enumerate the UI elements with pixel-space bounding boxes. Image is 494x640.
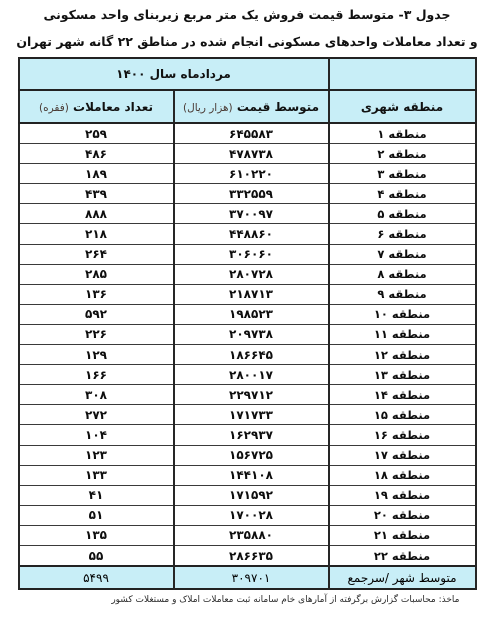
count-cell: ۲۸۵ bbox=[19, 264, 174, 284]
region-cell: منطقه ۲۲ bbox=[329, 545, 476, 566]
region-cell: منطقه ۲۰ bbox=[329, 505, 476, 525]
region-cell: منطقه ۱۸ bbox=[329, 465, 476, 485]
price-cell: ۱۴۴۱۰۸ bbox=[174, 465, 329, 485]
table-row: منطقه ۱۰ ۱۹۸۵۲۳ ۵۹۲ bbox=[19, 304, 476, 324]
price-cell: ۲۸۰۷۲۸ bbox=[174, 264, 329, 284]
count-cell: ۱۸۹ bbox=[19, 164, 174, 184]
summary-price-cell: ۳۰۹۷۰۱ bbox=[174, 566, 329, 589]
price-cell: ۱۷۱۵۹۲ bbox=[174, 485, 329, 505]
table-row: منطقه ۱۸ ۱۴۴۱۰۸ ۱۳۳ bbox=[19, 465, 476, 485]
region-cell: منطقه ۴ bbox=[329, 184, 476, 204]
price-column-unit: (هزار ریال) bbox=[183, 102, 233, 114]
price-column-label: متوسط قیمت bbox=[237, 100, 319, 114]
region-cell: منطقه ۵ bbox=[329, 204, 476, 224]
count-cell: ۴۱ bbox=[19, 485, 174, 505]
table-row: منطقه ۲۰ ۱۷۰۰۲۸ ۵۱ bbox=[19, 505, 476, 525]
region-cell: منطقه ۱۹ bbox=[329, 485, 476, 505]
price-cell: ۱۷۱۷۳۳ bbox=[174, 405, 329, 425]
table-title-line1: جدول ۳- متوسط قیمت فروش یک متر مربع زیرب… bbox=[0, 7, 494, 23]
count-cell: ۵۱ bbox=[19, 505, 174, 525]
source-footnote: ماخذ: محاسبات گزارش برگرفته از آمارهای خ… bbox=[19, 595, 476, 605]
count-cell: ۲۷۲ bbox=[19, 405, 174, 425]
table-row: منطقه ۵ ۳۷۰۰۹۷ ۸۸۸ bbox=[19, 204, 476, 224]
table-row: منطقه ۹ ۲۱۸۷۱۳ ۱۳۶ bbox=[19, 284, 476, 304]
price-cell: ۶۴۵۵۸۳ bbox=[174, 123, 329, 144]
table-row: منطقه ۳ ۶۱۰۲۲۰ ۱۸۹ bbox=[19, 164, 476, 184]
region-cell: منطقه ۱۳ bbox=[329, 365, 476, 385]
period-header-row: مردادماه سال ۱۴۰۰ bbox=[19, 58, 476, 90]
region-cell: منطقه ۱۶ bbox=[329, 425, 476, 445]
price-column-header: متوسط قیمت​ (هزار ریال) bbox=[174, 90, 329, 123]
table-row: منطقه ۶ ۴۴۸۸۶۰ ۲۱۸ bbox=[19, 224, 476, 244]
table-row: منطقه ۱۹ ۱۷۱۵۹۲ ۴۱ bbox=[19, 485, 476, 505]
report-page: جدول ۳- متوسط قیمت فروش یک متر مربع زیرب… bbox=[0, 0, 494, 640]
count-cell: ۱۲۳ bbox=[19, 445, 174, 465]
table-row: منطقه ۲ ۴۷۸۷۳۸ ۴۸۶ bbox=[19, 144, 476, 164]
table-header: مردادماه سال ۱۴۰۰ منطقه شهری متوسط قیمت​… bbox=[19, 58, 476, 123]
count-cell: ۲۱۸ bbox=[19, 224, 174, 244]
price-cell: ۲۸۰۰۱۷ bbox=[174, 365, 329, 385]
price-cell: ۲۳۵۸۸۰ bbox=[174, 525, 329, 545]
price-cell: ۱۶۲۹۳۷ bbox=[174, 425, 329, 445]
table-row: منطقه ۱۶ ۱۶۲۹۳۷ ۱۰۴ bbox=[19, 425, 476, 445]
price-cell: ۱۷۰۰۲۸ bbox=[174, 505, 329, 525]
price-cell: ۲۱۸۷۱۳ bbox=[174, 284, 329, 304]
table-row: منطقه ۱۱ ۲۰۹۷۳۸ ۲۲۶ bbox=[19, 324, 476, 344]
count-cell: ۱۲۹ bbox=[19, 345, 174, 365]
summary-region-cell: متوسط شهر /سرجمع bbox=[329, 566, 476, 589]
summary-row: متوسط شهر /سرجمع ۳۰۹۷۰۱ ۵۴۹۹ bbox=[19, 566, 476, 589]
count-cell: ۱۳۶ bbox=[19, 284, 174, 304]
region-cell: منطقه ۳ bbox=[329, 164, 476, 184]
price-cell: ۳۰۶۰۶۰ bbox=[174, 244, 329, 264]
price-cell: ۲۲۹۷۱۲ bbox=[174, 385, 329, 405]
housing-price-table: مردادماه سال ۱۴۰۰ منطقه شهری متوسط قیمت​… bbox=[18, 57, 477, 590]
count-cell: ۱۳۵ bbox=[19, 525, 174, 545]
count-cell: ۳۰۸ bbox=[19, 385, 174, 405]
region-cell: منطقه ۸ bbox=[329, 264, 476, 284]
count-cell: ۱۰۴ bbox=[19, 425, 174, 445]
region-cell: منطقه ۱۷ bbox=[329, 445, 476, 465]
price-cell: ۳۳۲۵۵۹ bbox=[174, 184, 329, 204]
summary-count-cell: ۵۴۹۹ bbox=[19, 566, 174, 589]
price-cell: ۱۵۶۷۲۵ bbox=[174, 445, 329, 465]
region-cell: منطقه ۷ bbox=[329, 244, 476, 264]
count-column-header: تعداد معاملات​ (فقره) bbox=[19, 90, 174, 123]
table-row: منطقه ۴ ۳۳۲۵۵۹ ۴۳۹ bbox=[19, 184, 476, 204]
region-cell: منطقه ۲۱ bbox=[329, 525, 476, 545]
count-cell: ۱۳۳ bbox=[19, 465, 174, 485]
region-cell: منطقه ۲ bbox=[329, 144, 476, 164]
table-row: منطقه ۲۲ ۲۸۶۶۳۵ ۵۵ bbox=[19, 545, 476, 566]
price-cell: ۴۷۸۷۳۸ bbox=[174, 144, 329, 164]
price-cell: ۱۹۸۵۲۳ bbox=[174, 304, 329, 324]
region-cell: منطقه ۶ bbox=[329, 224, 476, 244]
count-cell: ۴۳۹ bbox=[19, 184, 174, 204]
table-row: منطقه ۱ ۶۴۵۵۸۳ ۲۵۹ bbox=[19, 123, 476, 144]
region-cell: منطقه ۹ bbox=[329, 284, 476, 304]
count-column-label: تعداد معاملات bbox=[73, 100, 153, 114]
count-cell: ۵۹۲ bbox=[19, 304, 174, 324]
count-cell: ۴۸۶ bbox=[19, 144, 174, 164]
column-header-row: منطقه شهری متوسط قیمت​ (هزار ریال) تعداد… bbox=[19, 90, 476, 123]
count-cell: ۱۶۶ bbox=[19, 365, 174, 385]
region-cell: منطقه ۱۴ bbox=[329, 385, 476, 405]
corner-empty-cell bbox=[329, 58, 476, 90]
count-column-unit: (فقره) bbox=[39, 102, 69, 114]
price-cell: ۳۷۰۰۹۷ bbox=[174, 204, 329, 224]
table-row: منطقه ۱۴ ۲۲۹۷۱۲ ۳۰۸ bbox=[19, 385, 476, 405]
period-header-cell: مردادماه سال ۱۴۰۰ bbox=[19, 58, 329, 90]
price-cell: ۲۰۹۷۳۸ bbox=[174, 324, 329, 344]
count-cell: ۸۸۸ bbox=[19, 204, 174, 224]
price-cell: ۲۸۶۶۳۵ bbox=[174, 545, 329, 566]
region-column-header: منطقه شهری bbox=[329, 90, 476, 123]
table-row: منطقه ۱۲ ۱۸۶۶۴۵ ۱۲۹ bbox=[19, 345, 476, 365]
region-cell: منطقه ۱۰ bbox=[329, 304, 476, 324]
table-row: منطقه ۲۱ ۲۳۵۸۸۰ ۱۳۵ bbox=[19, 525, 476, 545]
table-row: منطقه ۱۷ ۱۵۶۷۲۵ ۱۲۳ bbox=[19, 445, 476, 465]
count-cell: ۵۵ bbox=[19, 545, 174, 566]
region-cell: منطقه ۱۵ bbox=[329, 405, 476, 425]
table-body: منطقه ۱ ۶۴۵۵۸۳ ۲۵۹ منطقه ۲ ۴۷۸۷۳۸ ۴۸۶ من… bbox=[19, 123, 476, 566]
count-cell: ۲۵۹ bbox=[19, 123, 174, 144]
count-cell: ۲۲۶ bbox=[19, 324, 174, 344]
table-row: منطقه ۸ ۲۸۰۷۲۸ ۲۸۵ bbox=[19, 264, 476, 284]
price-cell: ۶۱۰۲۲۰ bbox=[174, 164, 329, 184]
price-cell: ۴۴۸۸۶۰ bbox=[174, 224, 329, 244]
table-title-line2: و تعداد معاملات واحدهای مسکونی انجام شده… bbox=[0, 34, 494, 50]
table-row: منطقه ۷ ۳۰۶۰۶۰ ۲۶۴ bbox=[19, 244, 476, 264]
price-cell: ۱۸۶۶۴۵ bbox=[174, 345, 329, 365]
table-row: منطقه ۱۳ ۲۸۰۰۱۷ ۱۶۶ bbox=[19, 365, 476, 385]
region-cell: منطقه ۱۲ bbox=[329, 345, 476, 365]
table-row: منطقه ۱۵ ۱۷۱۷۳۳ ۲۷۲ bbox=[19, 405, 476, 425]
count-cell: ۲۶۴ bbox=[19, 244, 174, 264]
region-cell: منطقه ۱۱ bbox=[329, 324, 476, 344]
region-cell: منطقه ۱ bbox=[329, 123, 476, 144]
